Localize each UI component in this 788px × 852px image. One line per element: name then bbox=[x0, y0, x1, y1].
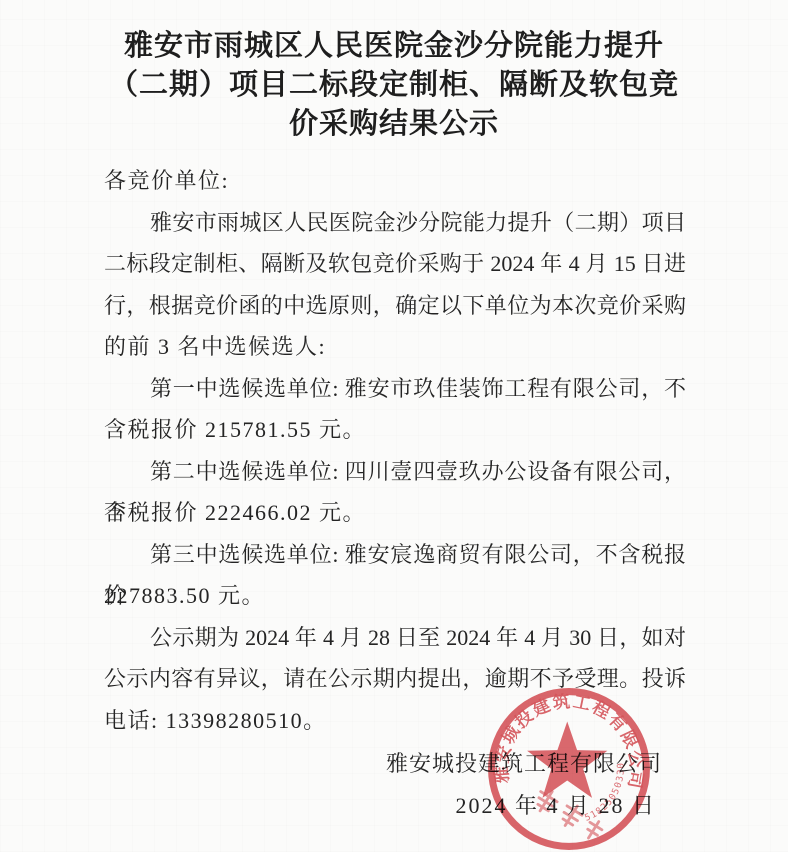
body-line: 二标段定制柜、隔断及软包竞价采购于 2024 年 4 月 15 日进 bbox=[104, 243, 686, 285]
candidate-2-price-line: 含税报价 222466.02 元。 bbox=[104, 492, 686, 534]
candidate-1-price-line: 含税报价 215781.55 元。 bbox=[104, 409, 686, 451]
document-page: 雅安市雨城区人民医院金沙分院能力提升 （二期）项目二标段定制柜、隔断及软包竞 价… bbox=[0, 0, 788, 852]
title-line: 价采购结果公示 bbox=[60, 105, 728, 144]
document-body: 各竞价单位: 雅安市雨城区人民医院金沙分院能力提升（二期）项目 二标段定制柜、隔… bbox=[104, 160, 686, 741]
signature-date: 2024 年 4 月 28 日 bbox=[386, 790, 662, 822]
candidate-1-line: 第一中选候选单位: 雅安市玖佳装饰工程有限公司，不 bbox=[104, 368, 686, 410]
candidate-3-price-line: 227883.50 元。 bbox=[104, 575, 686, 617]
signature-block: 雅安城投建筑工程有限公司 2024 年 4 月 28 日 bbox=[386, 748, 662, 822]
candidate-3-line: 第三中选候选单位: 雅安宸逸商贸有限公司，不含税报价 bbox=[104, 534, 686, 576]
candidate-2-line: 第二中选候选单位: 四川壹四壹玖办公设备有限公司，不 bbox=[104, 451, 686, 493]
complaint-phone-line: 电话: 13398280510。 bbox=[104, 700, 686, 742]
title-line: 雅安市雨城区人民医院金沙分院能力提升 bbox=[60, 27, 728, 66]
body-line: 行，根据竞价函的中选原则，确定以下单位为本次竞价采购 bbox=[104, 285, 686, 327]
salutation-line: 各竞价单位: bbox=[104, 160, 686, 202]
publicity-period-line: 公示期为 2024 年 4 月 28 日至 2024 年 4 月 30 日，如对 bbox=[104, 617, 686, 659]
signature-company: 雅安城投建筑工程有限公司 bbox=[386, 748, 662, 780]
document-title: 雅安市雨城区人民医院金沙分院能力提升 （二期）项目二标段定制柜、隔断及软包竞 价… bbox=[60, 27, 728, 144]
body-line: 雅安市雨城区人民医院金沙分院能力提升（二期）项目 bbox=[104, 202, 686, 244]
body-line: 公示内容有异议，请在公示期内提出，逾期不予受理。投诉 bbox=[104, 658, 686, 700]
title-line: （二期）项目二标段定制柜、隔断及软包竞 bbox=[60, 66, 728, 105]
body-line: 的前 3 名中选候选人: bbox=[104, 326, 686, 368]
